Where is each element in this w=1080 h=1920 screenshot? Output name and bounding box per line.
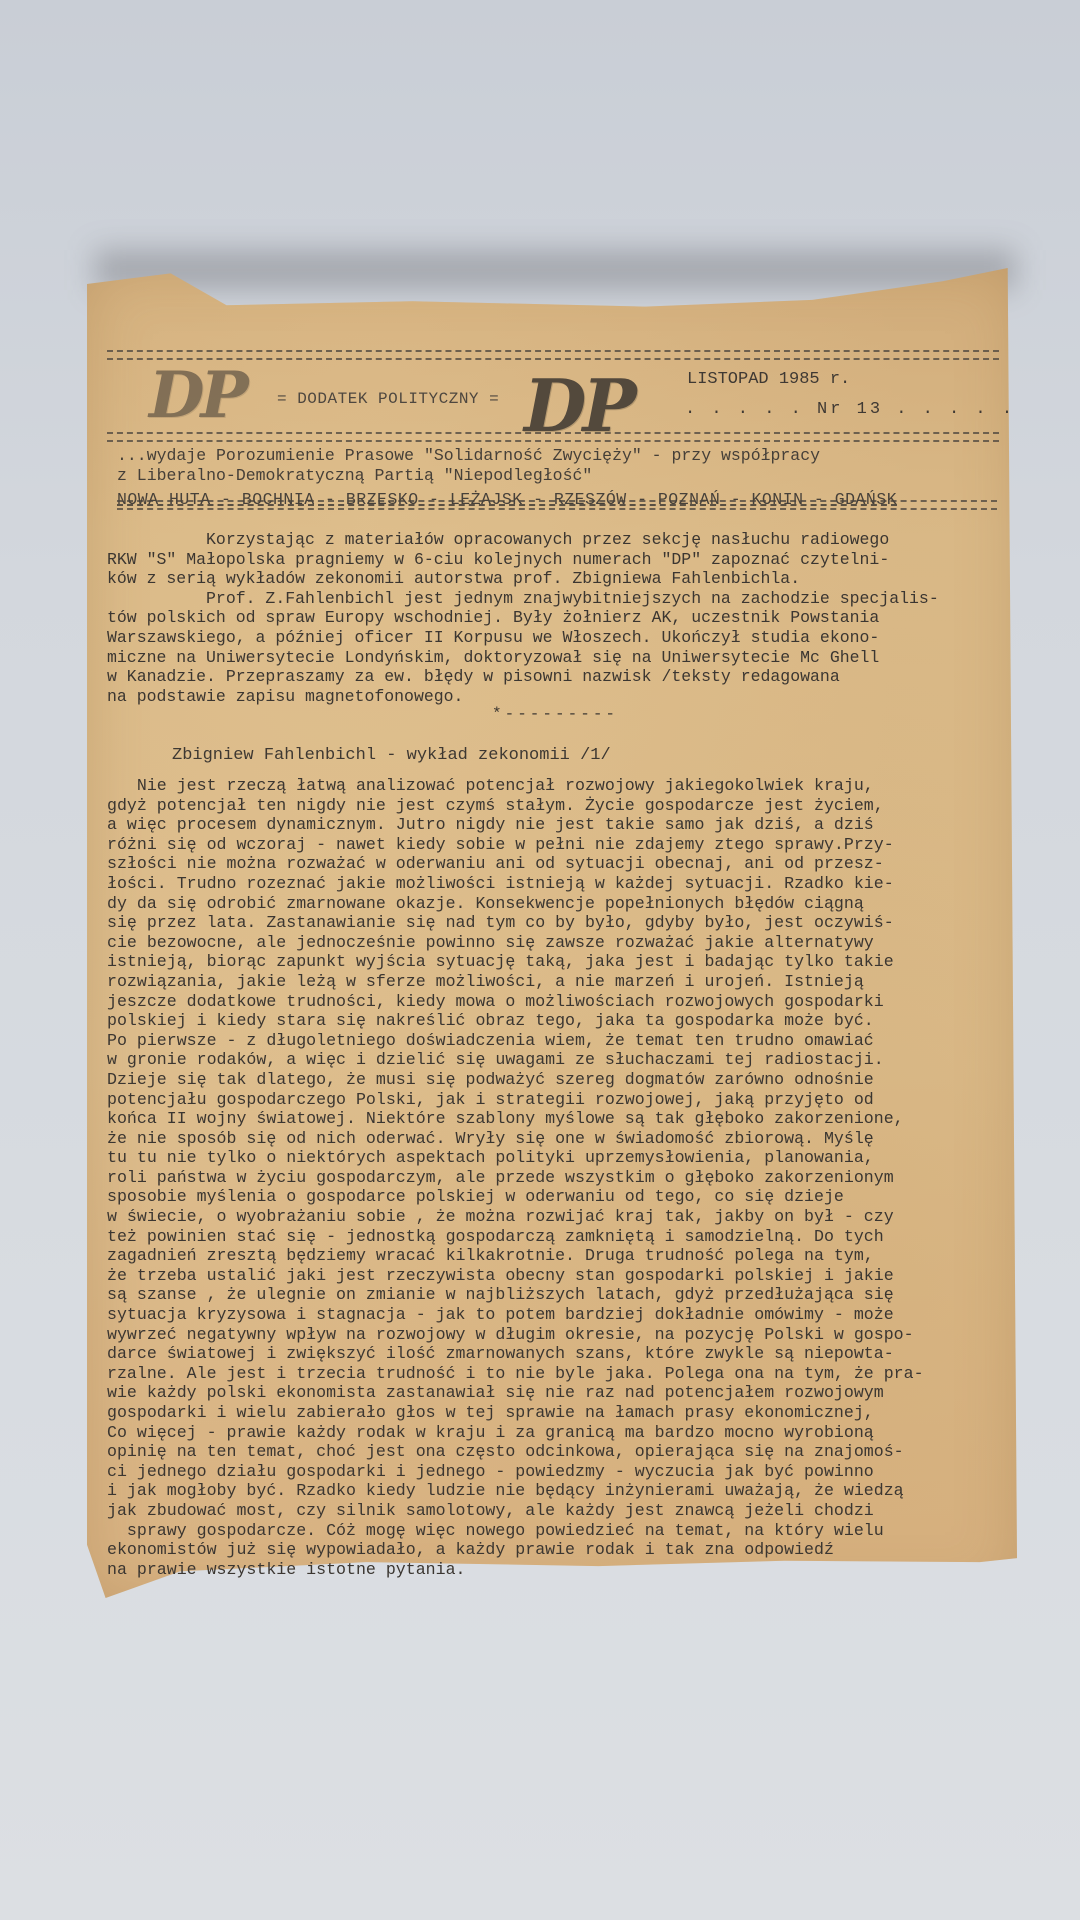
intro-line: Warszawskiego, a później oficer II Korpu…	[107, 628, 1007, 648]
article-line: sposobie myślenia o gospodarce polskiej …	[107, 1187, 1017, 1207]
article-line: gdyż potencjał ten nigdy nie jest czymś …	[107, 796, 1017, 816]
article-line: ekonomistów już się wypowiadało, a każdy…	[107, 1540, 1017, 1560]
article-line: dy da się odrobić zmarnowane okazje. Kon…	[107, 894, 1017, 914]
publisher-info: ...wydaje Porozumienie Prasowe "Solidarn…	[117, 446, 1007, 486]
article-line: gospodarki i wielu zabierało głos w tej …	[107, 1403, 1017, 1423]
intro-line: ków z serią wykładów zekonomii autorstwa…	[107, 569, 1007, 589]
article-line: w gronie rodaków, a więc i dzielić się u…	[107, 1050, 1017, 1070]
intro-line: miczne na Uniwersytecie Londyńskim, dokt…	[107, 648, 1007, 668]
article-line: roli państwa w życiu gospodarczym, ale p…	[107, 1168, 1017, 1188]
intro-line: RKW "S" Małopolska pragniemy w 6-ciu kol…	[107, 550, 1007, 570]
section-separator: *---------	[492, 705, 618, 723]
article-line: a więc procesem dynamicznym. Jutro nigdy…	[107, 815, 1017, 835]
article-line: wie każdy polski ekonomista zastanawiał …	[107, 1383, 1017, 1403]
intro-line: Prof. Z.Fahlenbichl jest jednym znajwybi…	[107, 589, 1007, 609]
masthead-title: = DODATEK POLITYCZNY =	[277, 390, 499, 408]
article-line: wywrzeć negatywny wpływ na rozwojowy w d…	[107, 1325, 1017, 1345]
article-line: się przez lata. Zastanawianie się nad ty…	[107, 913, 1017, 933]
article-line: na prawie wszystkie istotne pytania.	[107, 1560, 1017, 1580]
article-body: Nie jest rzeczą łatwą analizować potencj…	[107, 776, 1017, 1579]
intro-paragraph: Korzystając z materiałów opracowanych pr…	[107, 530, 1007, 706]
article-line: też powinien stać się - jednostką gospod…	[107, 1227, 1017, 1247]
article-line: różni się od wczoraj - nawet kiedy sobie…	[107, 835, 1017, 855]
article-line: końca II wojny światowej. Niektóre szabl…	[107, 1109, 1017, 1129]
article-line: opinię na ten temat, choć jest ona częst…	[107, 1442, 1017, 1462]
article-line: Co więcej - prawie każdy rodak w kraju i…	[107, 1423, 1017, 1443]
issue-number: . . . . . Nr 13 . . . . .	[685, 400, 1015, 419]
article-line: potencjału gospodarczego Polski, jak i s…	[107, 1090, 1017, 1110]
intro-line: tów polskich od spraw Europy wschodniej.…	[107, 608, 1007, 628]
article-line: polskiej i kiedy stara się nakreślić obr…	[107, 1011, 1017, 1031]
article-line: rzalne. Ale jest i trzecia trudność i to…	[107, 1364, 1017, 1384]
article-line: są szanse , że ulegnie on zmianie w najb…	[107, 1285, 1017, 1305]
article-line: cie bezowocne, ale jednocześnie powinno …	[107, 933, 1017, 953]
article-line: łości. Trudno rozeznać jakie możliwości …	[107, 874, 1017, 894]
article-line: jeszcze dodatkowe trudności, kiedy mowa …	[107, 992, 1017, 1012]
article-line: Po pierwsze - z długoletniego doświadcze…	[107, 1031, 1017, 1051]
article-line: Nie jest rzeczą łatwą analizować potencj…	[107, 776, 1017, 796]
typewritten-document: DP = DODATEK POLITYCZNY = DP LISTOPAD 19…	[87, 268, 1017, 1598]
article-line: że nie sposób się od nich oderwać. Wryły…	[107, 1129, 1017, 1149]
article-line: zagadnień zresztą będziemy wracać kilkak…	[107, 1246, 1017, 1266]
article-title: Zbigniew Fahlenbichl - wykład zekonomii …	[172, 746, 611, 765]
article-line: szłości nie można rozważać w oderwaniu a…	[107, 854, 1017, 874]
article-line: Dzieje się tak dlatego, że musi się podw…	[107, 1070, 1017, 1090]
masthead-dashed-rule	[107, 432, 999, 442]
article-line: że trzeba ustalić jaki jest rzeczywista …	[107, 1266, 1017, 1286]
article-line: sprawy gospodarcze. Cóż mogę więc nowego…	[107, 1521, 1017, 1541]
intro-line: na podstawie zapisu magnetofonowego.	[107, 687, 1007, 707]
article-line: tu tu nie tylko o niektórych aspektach p…	[107, 1148, 1017, 1168]
article-line: w świecie, o wyobrażaniu sobie , że możn…	[107, 1207, 1017, 1227]
intro-line: Korzystając z materiałów opracowanych pr…	[107, 530, 1007, 550]
article-line: rozwiązania, jakie leżą w sferze możliwo…	[107, 972, 1017, 992]
article-line: i jak mogłoby być. Rzadko kiedy ludzie n…	[107, 1481, 1017, 1501]
intro-line: w Kanadzie. Przepraszamy za ew. błędy w …	[107, 667, 1007, 687]
article-line: ci jednego działu gospodarki i jednego -…	[107, 1462, 1017, 1482]
publisher-line: ...wydaje Porozumienie Prasowe "Solidarn…	[117, 446, 1007, 466]
masthead-logo-left: DP	[149, 358, 245, 433]
article-line: darce światowej i zwiększyć ilość zmarno…	[107, 1344, 1017, 1364]
cities-dashed-rule	[117, 500, 997, 510]
masthead-date: LISTOPAD 1985 r.	[687, 370, 850, 389]
publisher-line: z Liberalno-Demokratyczną Partią "Niepod…	[117, 466, 1007, 486]
article-line: istnieją, biorąc zapunkt wyjścia sytuacj…	[107, 952, 1017, 972]
article-line: sytuacja kryzysowa i stagnacja - jak to …	[107, 1305, 1017, 1325]
article-line: jak zbudować most, czy silnik samolotowy…	[107, 1501, 1017, 1521]
